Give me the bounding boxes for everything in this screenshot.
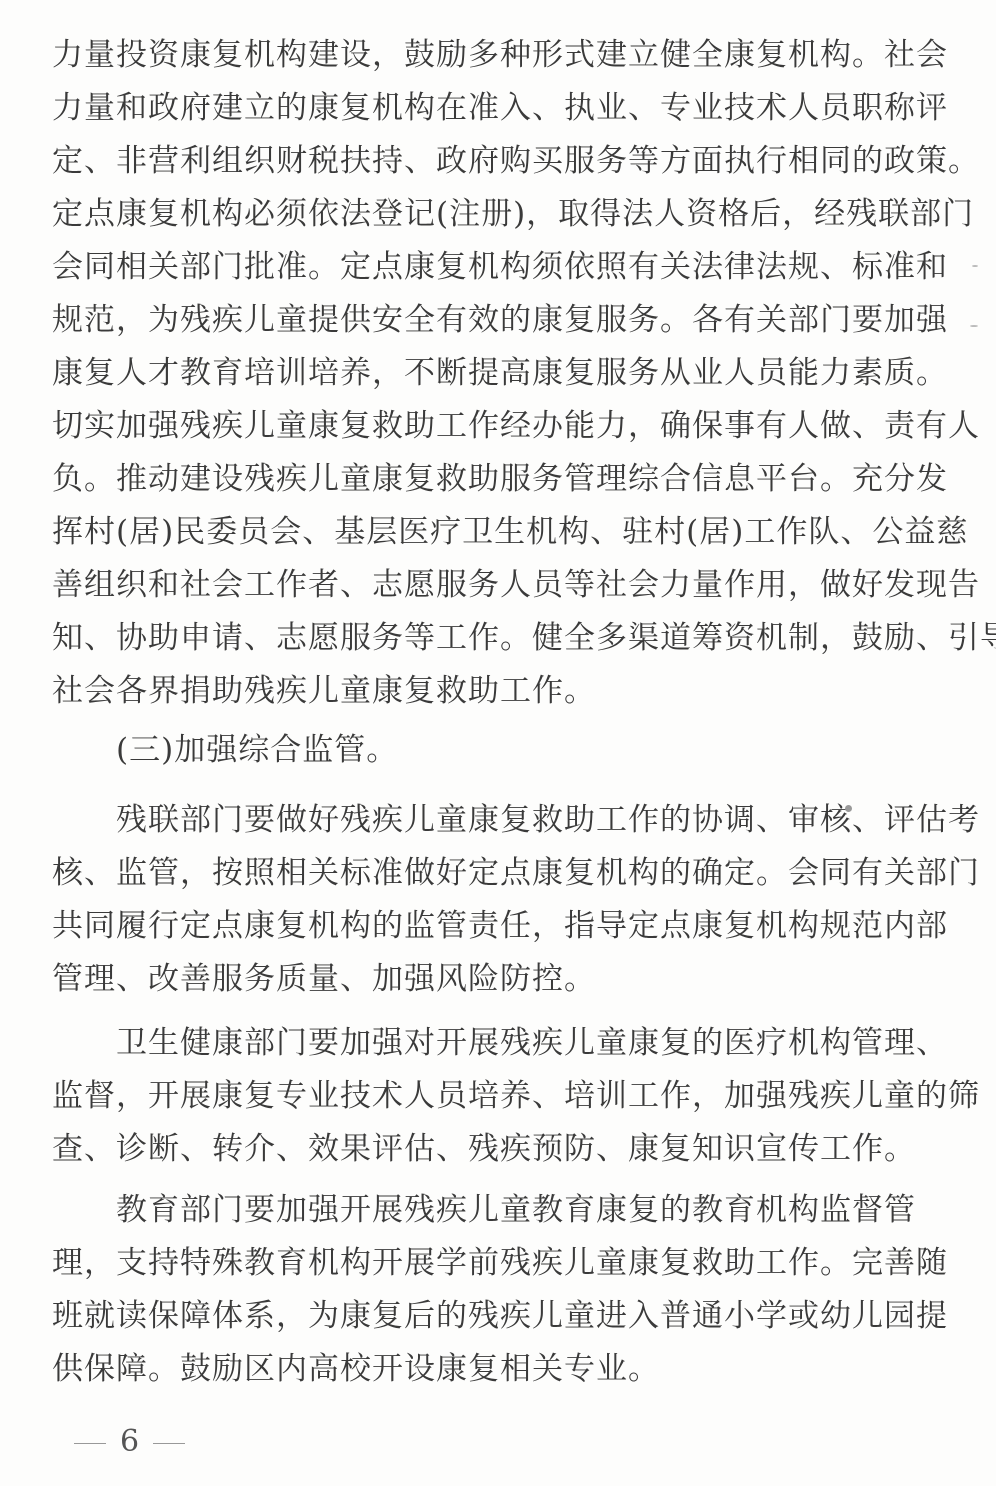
text-line: 切实加强残疾儿童康复救助工作经办能力，确保事有人做、责有人: [52, 406, 912, 446]
text-line: 社会各界捐助残疾儿童康复救助工作。: [52, 671, 912, 711]
document-page: 力量投资康复机构建设，鼓励多种形式建立健全康复机构。社会 力量和政府建立的康复机…: [0, 0, 996, 1486]
scan-speck: [970, 325, 978, 327]
text-line: 监督，开展康复专业技术人员培养、培训工作，加强残疾儿童的筛: [52, 1076, 912, 1116]
text-line: 规范，为残疾儿童提供安全有效的康复服务。各有关部门要加强: [52, 300, 912, 340]
text-line: 力量投资康复机构建设，鼓励多种形式建立健全康复机构。社会: [52, 35, 912, 75]
scan-speck: [845, 805, 852, 812]
text-line: 会同相关部门批准。定点康复机构须依照有关法律法规、标准和: [52, 247, 912, 287]
text-line: 挥村(居)民委员会、基层医疗卫生机构、驻村(居)工作队、公益慈: [52, 512, 912, 552]
dash-left: [74, 1443, 106, 1444]
text-line: 力量和政府建立的康复机构在准入、执业、专业技术人员职称评: [52, 88, 912, 128]
text-line: 残联部门要做好残疾儿童康复救助工作的协调、审核、评估考: [116, 800, 912, 840]
text-line: 班就读保障体系，为康复后的残疾儿童进入普通小学或幼儿园提: [52, 1296, 912, 1336]
text-line: 知、协助申请、志愿服务等工作。健全多渠道筹资机制，鼓励、引导: [52, 618, 912, 658]
scan-speck: [972, 265, 978, 267]
text-line: 卫生健康部门要加强对开展残疾儿童康复的医疗机构管理、: [116, 1023, 912, 1063]
page-number: 6: [60, 1422, 199, 1462]
text-line: 康复人才教育培训培养，不断提高康复服务从业人员能力素质。: [52, 353, 912, 393]
text-line: 善组织和社会工作者、志愿服务人员等社会力量作用，做好发现告: [52, 565, 912, 605]
text-line: 定点康复机构必须依法登记(注册)，取得法人资格后，经残联部门: [52, 194, 912, 234]
text-line: 定、非营利组织财税扶持、政府购买服务等方面执行相同的政策。: [52, 141, 912, 181]
section-heading: (三)加强综合监管。: [116, 730, 398, 770]
text-line: 管理、改善服务质量、加强风险防控。: [52, 959, 912, 999]
text-line: 查、诊断、转介、效果评估、残疾预防、康复知识宣传工作。: [52, 1129, 912, 1169]
text-line: 核、监管，按照相关标准做好定点康复机构的确定。会同有关部门: [52, 853, 912, 893]
text-line: 理，支持特殊教育机构开展学前残疾儿童康复救助工作。完善随: [52, 1243, 912, 1283]
text-line: 共同履行定点康复机构的监管责任，指导定点康复机构规范内部: [52, 906, 912, 946]
page-number-value: 6: [120, 1424, 139, 1459]
text-line: 供保障。鼓励区内高校开设康复相关专业。: [52, 1349, 912, 1389]
dash-right: [153, 1443, 185, 1444]
text-line: 教育部门要加强开展残疾儿童教育康复的教育机构监督管: [116, 1190, 912, 1230]
text-line: 负。推动建设残疾儿童康复救助服务管理综合信息平台。充分发: [52, 459, 912, 499]
